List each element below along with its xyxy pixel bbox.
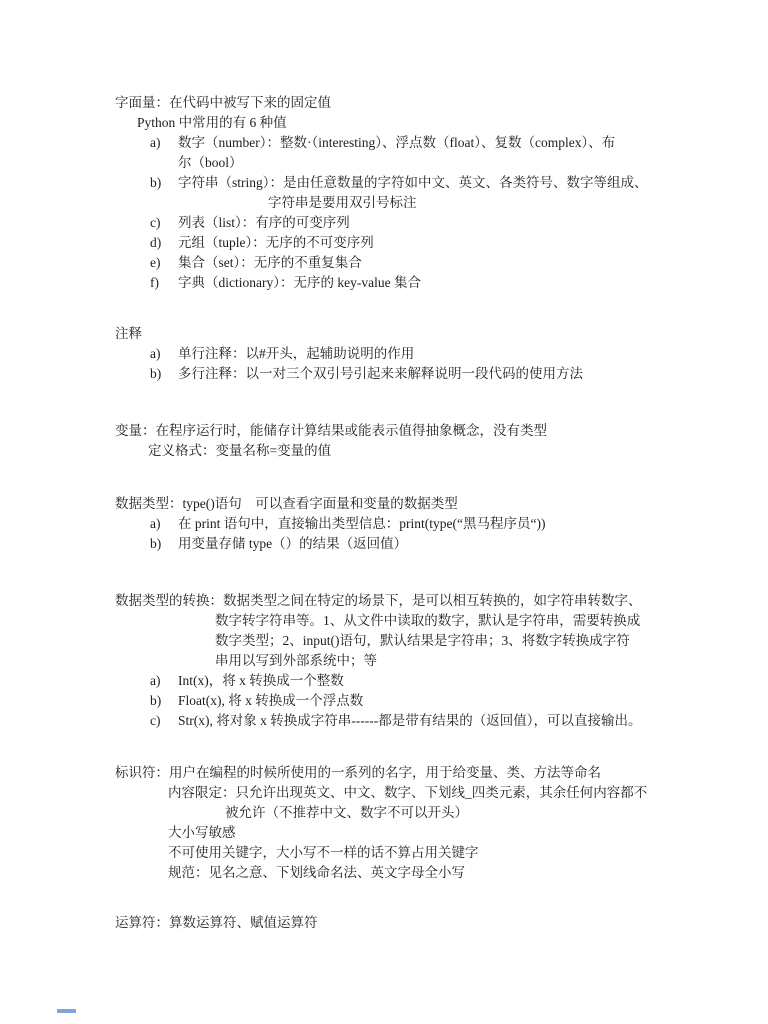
list-item-marker: b) (150, 691, 178, 711)
list-item-marker: c) (150, 711, 178, 731)
list-item: d) 元组（tuple）：无序的不可变序列 (115, 233, 672, 253)
list-item: c) Str(x), 将对象 x 转换成字符串------都是带有结果的（返回值… (115, 711, 672, 731)
list-item-marker: b) (150, 534, 178, 554)
identifier-rule-line: 不可使用关键字，大小写不一样的话不算占用关键字 (168, 843, 672, 863)
list-item: b) 字符串（string）：是由任意数量的字符如中文、英文、各类符号、数字等组… (115, 173, 672, 213)
section-datatype: 数据类型：type()语句 可以查看字面量和变量的数据类型 a) 在 print… (115, 494, 672, 554)
paragraph-line: 串用以写到外部系统中；等 (215, 651, 672, 671)
list-item-text: 数字（number）：整数·（interesting）、浮点数（float）、复… (178, 133, 672, 153)
list-item: a) Int(x)，将 x 转换成一个整数 (115, 671, 672, 691)
list-item-text: 字典（dictionary）：无序的 key-value 集合 (178, 273, 672, 293)
document-page: 字面量：在代码中被写下来的固定值 Python 中常用的有 6 种值 a) 数字… (0, 0, 768, 1024)
section-title: 注释 (115, 324, 672, 344)
document-content: 字面量：在代码中被写下来的固定值 Python 中常用的有 6 种值 a) 数字… (0, 0, 768, 933)
list-item-text: 列表（list）：有序的可变序列 (178, 213, 672, 233)
list-item: a) 单行注释：以#开头，起辅助说明的作用 (115, 344, 672, 364)
list-item-text: 集合（set）：无序的不重复集合 (178, 253, 672, 273)
list-item-text: 尔（bool） (178, 153, 672, 173)
list-item: c) 列表（list）：有序的可变序列 (115, 213, 672, 233)
paragraph-line: 数据类型的转换：数据类型之间在特定的场景下，是可以相互转换的，如字符串转数字、 (115, 591, 672, 611)
list-item-marker: a) (150, 344, 178, 364)
section-identifier: 标识符：用户在编程的时候所使用的一系列的名字，用于给变量、类、方法等命名 内容限… (115, 763, 672, 883)
list-item-marker: f) (150, 273, 178, 293)
identifier-rule-line: 内容限定：只允许出现英文、中文、数字、下划线_四类元素，其余任何内容都不 (168, 783, 672, 803)
list-item-marker: b) (150, 173, 178, 213)
list-item-text: Str(x), 将对象 x 转换成字符串------都是带有结果的（返回值），可… (178, 711, 672, 731)
list-item: b) 多行注释：以一对三个双引号引起来来解释说明一段代码的使用方法 (115, 364, 672, 384)
paragraph-line: 数字转字符串等。1、从文件中读取的数字，默认是字符串，需要转换成 (215, 611, 672, 631)
section-title: 变量：在程序运行时，能储存计算结果或能表示值得抽象概念，没有类型 (115, 421, 672, 441)
list-item: a) 在 print 语句中，直接输出类型信息：print(type(“黑马程序… (115, 514, 672, 534)
section-comments: 注释 a) 单行注释：以#开头，起辅助说明的作用 b) 多行注释：以一对三个双引… (115, 324, 672, 384)
section-type-conversion: 数据类型的转换：数据类型之间在特定的场景下，是可以相互转换的，如字符串转数字、 … (115, 591, 672, 731)
identifier-rule-line: 被允许（不推荐中文、数字不可以开头） (225, 803, 672, 823)
list-item: b) 用变量存储 type（）的结果（返回值） (115, 534, 672, 554)
list-item-text: 多行注释：以一对三个双引号引起来来解释说明一段代码的使用方法 (178, 364, 672, 384)
identifier-rule-line: 规范：见名之意、下划线命名法、英文字母全小写 (168, 863, 672, 883)
section-title: 标识符：用户在编程的时候所使用的一系列的名字，用于给变量、类、方法等命名 (115, 763, 672, 783)
list-item-text: 单行注释：以#开头，起辅助说明的作用 (178, 344, 672, 364)
list-item-text: 元组（tuple）：无序的不可变序列 (178, 233, 672, 253)
list-item-text: 在 print 语句中，直接输出类型信息：print(type(“黑马程序员“)… (178, 514, 672, 534)
list-item: a) 数字（number）：整数·（interesting）、浮点数（float… (115, 133, 672, 173)
list-item-text: Float(x), 将 x 转换成一个浮点数 (178, 691, 672, 711)
section-operators: 运算符：算数运算符、赋值运算符 (115, 913, 672, 933)
list-item-marker: a) (150, 671, 178, 691)
list-item-marker: a) (150, 514, 178, 534)
list-item-text: Int(x)，将 x 转换成一个整数 (178, 671, 672, 691)
variable-definition-line: 定义格式：变量名称=变量的值 (148, 441, 672, 461)
section-variable: 变量：在程序运行时，能储存计算结果或能表示值得抽象概念，没有类型 定义格式：变量… (115, 421, 672, 461)
list-item-marker: e) (150, 253, 178, 273)
list-item-text: 用变量存储 type（）的结果（返回值） (178, 534, 672, 554)
list-item: f) 字典（dictionary）：无序的 key-value 集合 (115, 273, 672, 293)
list-item: b) Float(x), 将 x 转换成一个浮点数 (115, 691, 672, 711)
list-item-marker: a) (150, 133, 178, 173)
list-item-text: 字符串（string）：是由任意数量的字符如中文、英文、各类符号、数字等组成、 (178, 173, 672, 193)
list-item-text: 字符串是要用双引号标注 (268, 193, 672, 213)
list-item-marker: b) (150, 364, 178, 384)
list-item-marker: c) (150, 213, 178, 233)
highlight-mark (57, 1009, 76, 1013)
paragraph-line: 数字类型；2、input()语句，默认结果是字符串；3、将数字转换成字符 (215, 631, 672, 651)
list-item: e) 集合（set）：无序的不重复集合 (115, 253, 672, 273)
identifier-rule-line: 大小写敏感 (168, 823, 672, 843)
section-literal-values: 字面量：在代码中被写下来的固定值 Python 中常用的有 6 种值 a) 数字… (115, 93, 672, 293)
section-title: 运算符：算数运算符、赋值运算符 (115, 913, 672, 933)
list-item-marker: d) (150, 233, 178, 253)
line-python-values: Python 中常用的有 6 种值 (137, 113, 672, 133)
section-title: 数据类型：type()语句 可以查看字面量和变量的数据类型 (115, 494, 672, 514)
section-title: 字面量：在代码中被写下来的固定值 (115, 93, 672, 113)
